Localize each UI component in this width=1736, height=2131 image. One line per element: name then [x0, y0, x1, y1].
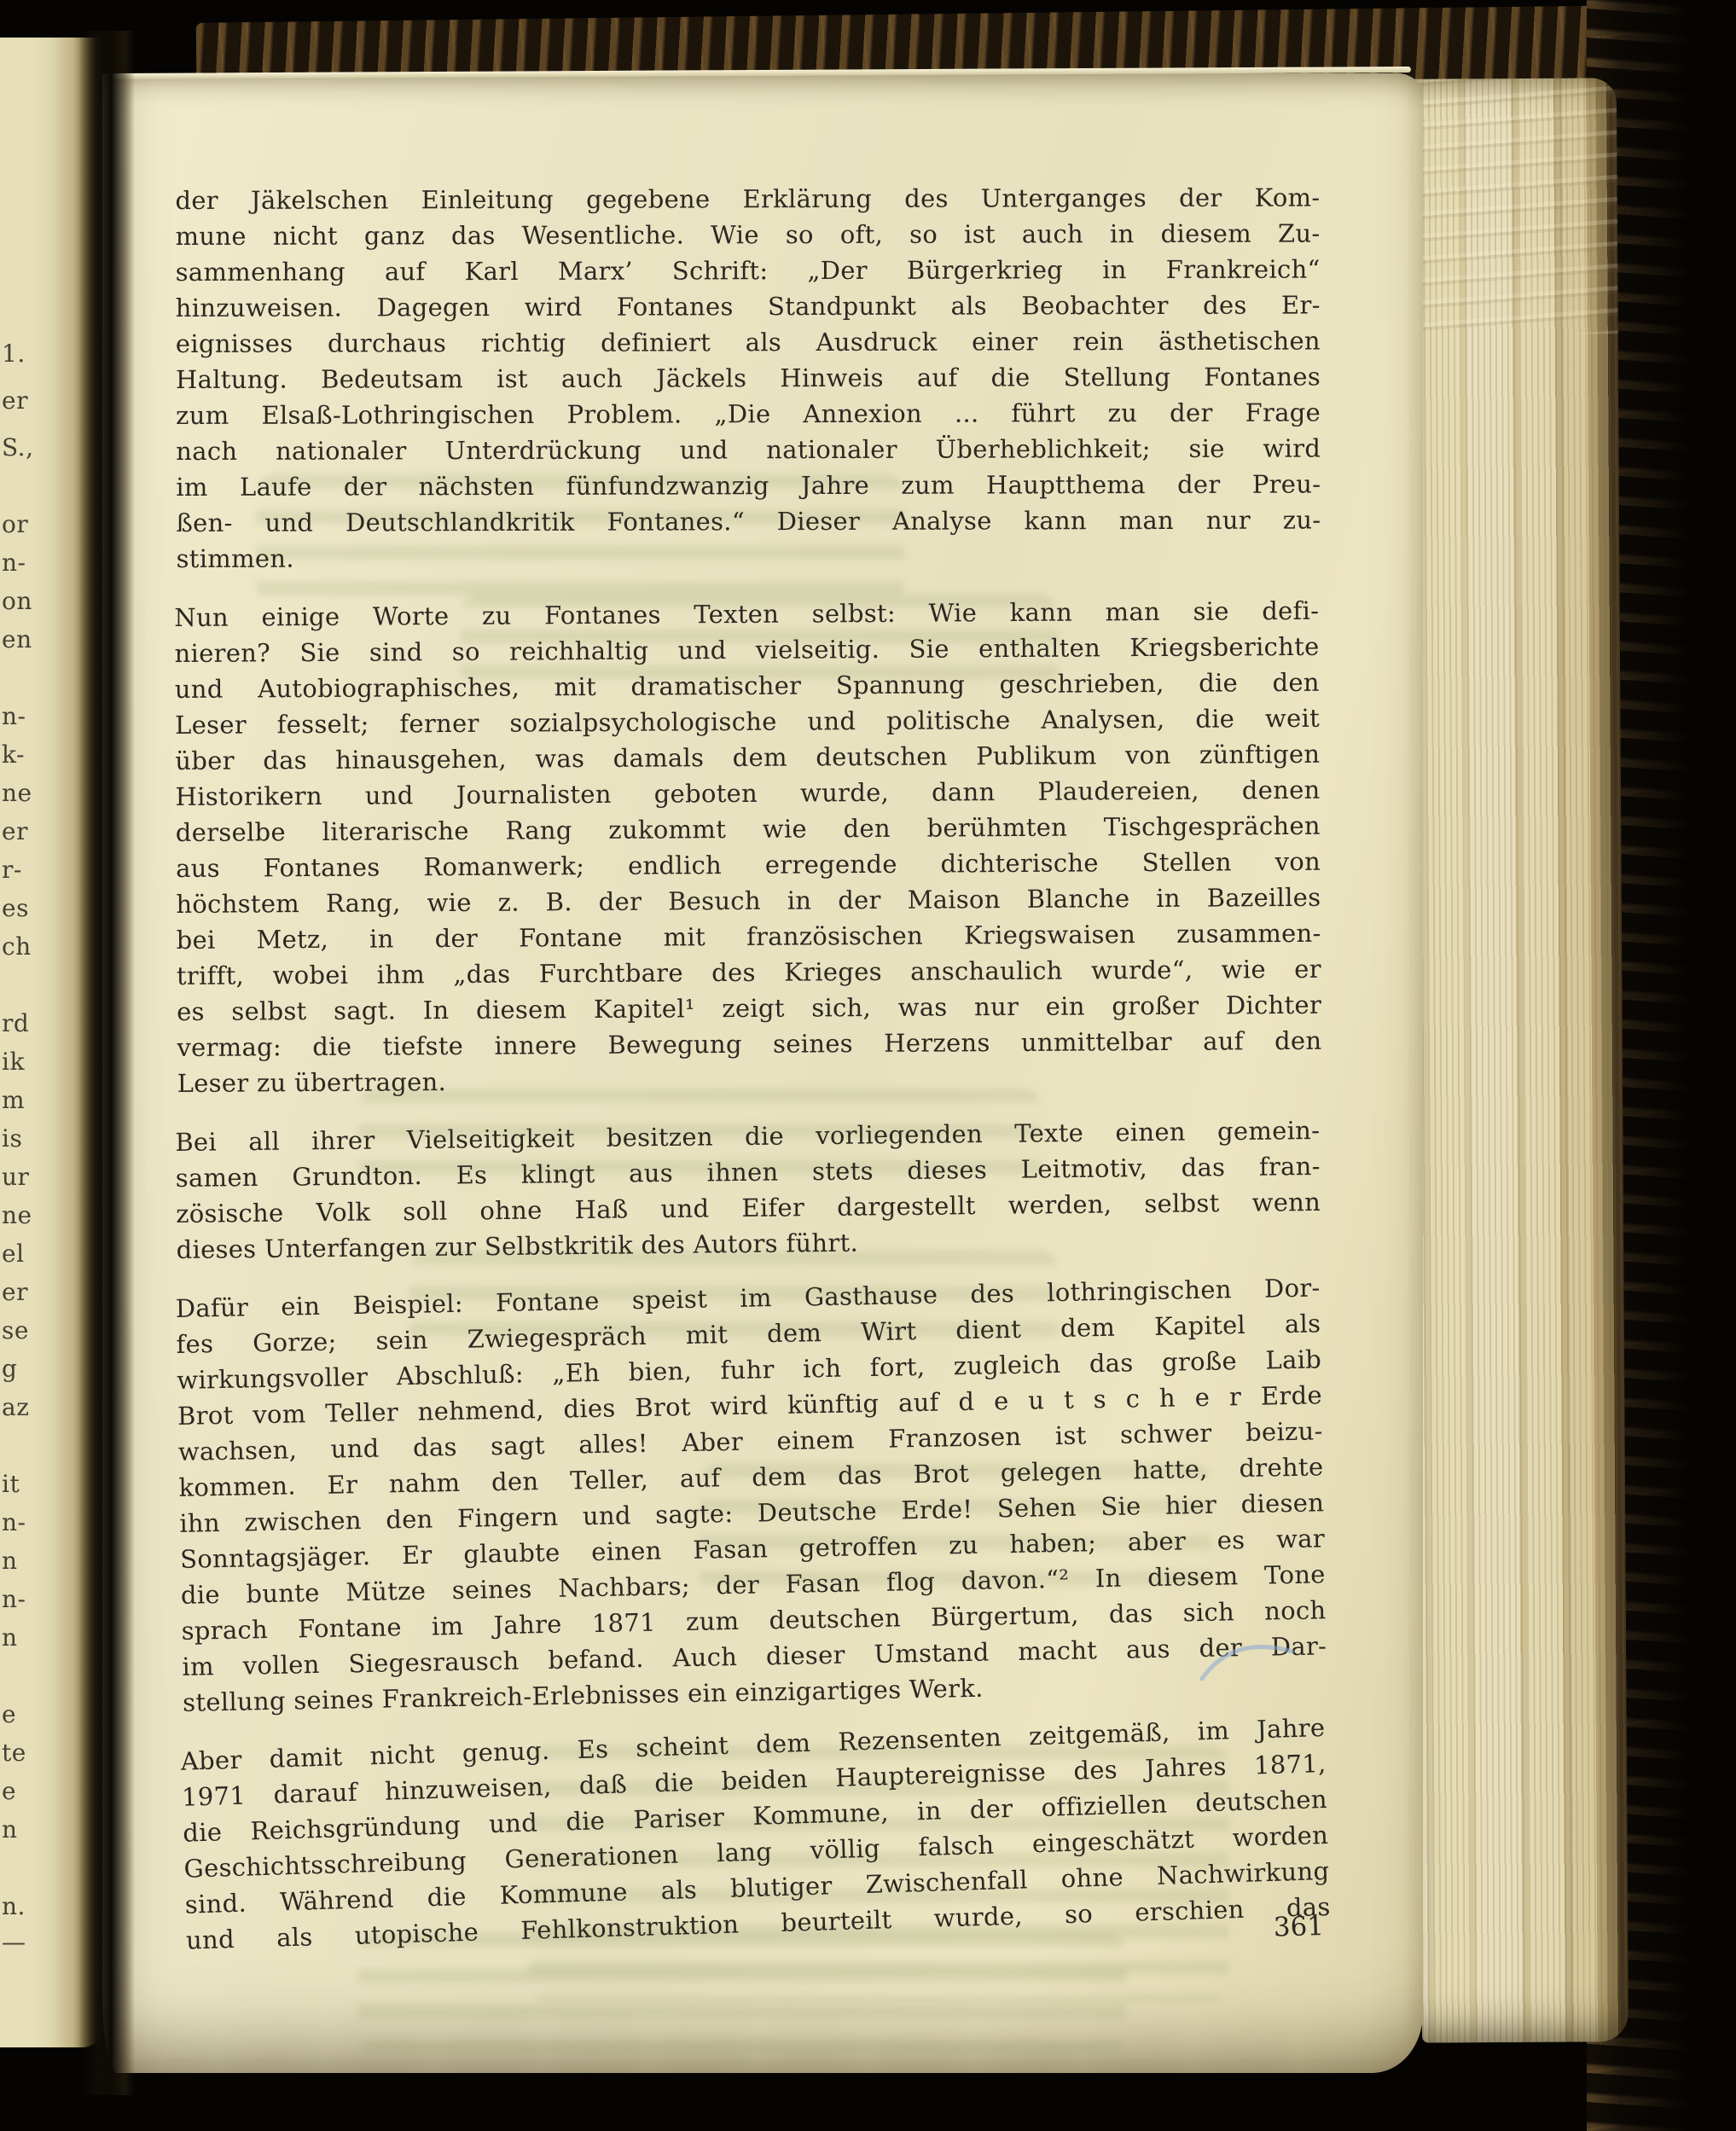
- facing-page-fragment: te: [2, 1740, 26, 1766]
- facing-page-fragment: ur: [2, 1164, 29, 1190]
- facing-page-fragment: er: [2, 819, 28, 845]
- text-line: ßen- und Deutschlandkritik Fontanes.“ Di…: [176, 502, 1321, 541]
- text-line: eignisses durchaus richtig definiert als…: [176, 322, 1321, 362]
- facing-page-fragment: n-: [2, 704, 26, 729]
- facing-page-fragment: n: [2, 1817, 18, 1843]
- text-line: zum Elsaß-Lothringischen Problem. „Die A…: [176, 394, 1321, 433]
- page-stack-fore-edge: [1410, 78, 1629, 2042]
- facing-page-fragment: rd: [2, 1011, 29, 1036]
- book-photo: 1.erS.,orn-onenn-k-neerr-eschrdikmisurne…: [0, 0, 1736, 2131]
- facing-page-fragment: r-: [2, 857, 22, 883]
- facing-page-fragment: se: [2, 1318, 29, 1344]
- text-line: der Jäkelschen Einleitung gegebene Erklä…: [175, 179, 1320, 218]
- facing-page-fragment: n: [2, 1625, 18, 1651]
- text-line: nach nationaler Unterdrückung und nation…: [176, 430, 1321, 469]
- facing-page-fragment: m: [2, 1088, 25, 1113]
- facing-page-fragment: it: [2, 1472, 20, 1497]
- facing-page-fragment: ch: [2, 934, 32, 960]
- text-line: vermag: die tiefste innere Bewegung sein…: [177, 1023, 1321, 1065]
- facing-page-fragment: or: [2, 512, 28, 537]
- text-line: Leser zu übertragen.: [177, 1059, 1322, 1101]
- text-line: hinzuweisen. Dagegen wird Fontanes Stand…: [176, 287, 1321, 326]
- paragraph: Aber damit nicht genug. Es scheint dem R…: [180, 1710, 1331, 1959]
- facing-page-fragment: ne: [2, 1203, 32, 1228]
- facing-page-fragment: 1.: [2, 341, 26, 367]
- facing-page-fragment: er: [2, 1280, 28, 1305]
- facing-page-fragment: el: [2, 1241, 25, 1267]
- facing-page-fragment: k-: [2, 742, 25, 768]
- text-line: sammenhang auf Karl Marx’ Schrift: „Der …: [176, 251, 1321, 290]
- paragraph: der Jäkelschen Einleitung gegebene Erklä…: [175, 179, 1321, 577]
- text-line: stimmen.: [176, 537, 1321, 577]
- page-text: der Jäkelschen Einleitung gegebene Erklä…: [176, 183, 1321, 1959]
- facing-page-fragment: n: [2, 1548, 18, 1574]
- paragraph: Bei all ihrer Vielseitigkeit besitzen di…: [175, 1112, 1321, 1268]
- facing-page-fragment: ik: [2, 1049, 25, 1075]
- paragraph: Nun einige Worte zu Fontanes Texten selb…: [174, 593, 1322, 1101]
- blue-pen-mark: [1197, 1629, 1299, 1693]
- facing-page-fragment: is: [2, 1126, 22, 1152]
- facing-page-fragment: e: [2, 1702, 16, 1727]
- facing-page-fragment: n-: [2, 1587, 26, 1612]
- facing-page-fragment: ne: [2, 781, 32, 806]
- paragraph: Dafür ein Beispiel: Fontane speist im Ga…: [175, 1269, 1327, 1721]
- facing-page-fragment: es: [2, 896, 29, 921]
- facing-page-fragment: S.,: [2, 435, 33, 461]
- facing-page-fragment: n-: [2, 1510, 26, 1536]
- book-gutter-shadow: [78, 31, 135, 2095]
- book-page: der Jäkelschen Einleitung gegebene Erklä…: [102, 73, 1423, 2073]
- text-line: im Laufe der nächsten fünfundzwanzig Jah…: [176, 466, 1321, 505]
- text-line: mune nicht ganz das Wesentliche. Wie so …: [176, 215, 1321, 254]
- facing-page-fragment: e: [2, 1779, 16, 1804]
- facing-page-fragment: er: [2, 388, 28, 414]
- facing-page-fragment: g: [2, 1356, 17, 1382]
- facing-page-fragment: az: [2, 1395, 29, 1420]
- facing-page-fragment: on: [2, 589, 32, 614]
- text-line: Haltung. Bedeutsam ist auch Jäckels Hinw…: [176, 358, 1321, 398]
- facing-page-fragment: —: [2, 1930, 26, 1955]
- facing-page-fragment: en: [2, 627, 32, 653]
- facing-page-fragment: n-: [2, 550, 26, 576]
- page-number: 361: [1196, 1911, 1325, 1945]
- facing-page-fragment: n.: [2, 1894, 26, 1919]
